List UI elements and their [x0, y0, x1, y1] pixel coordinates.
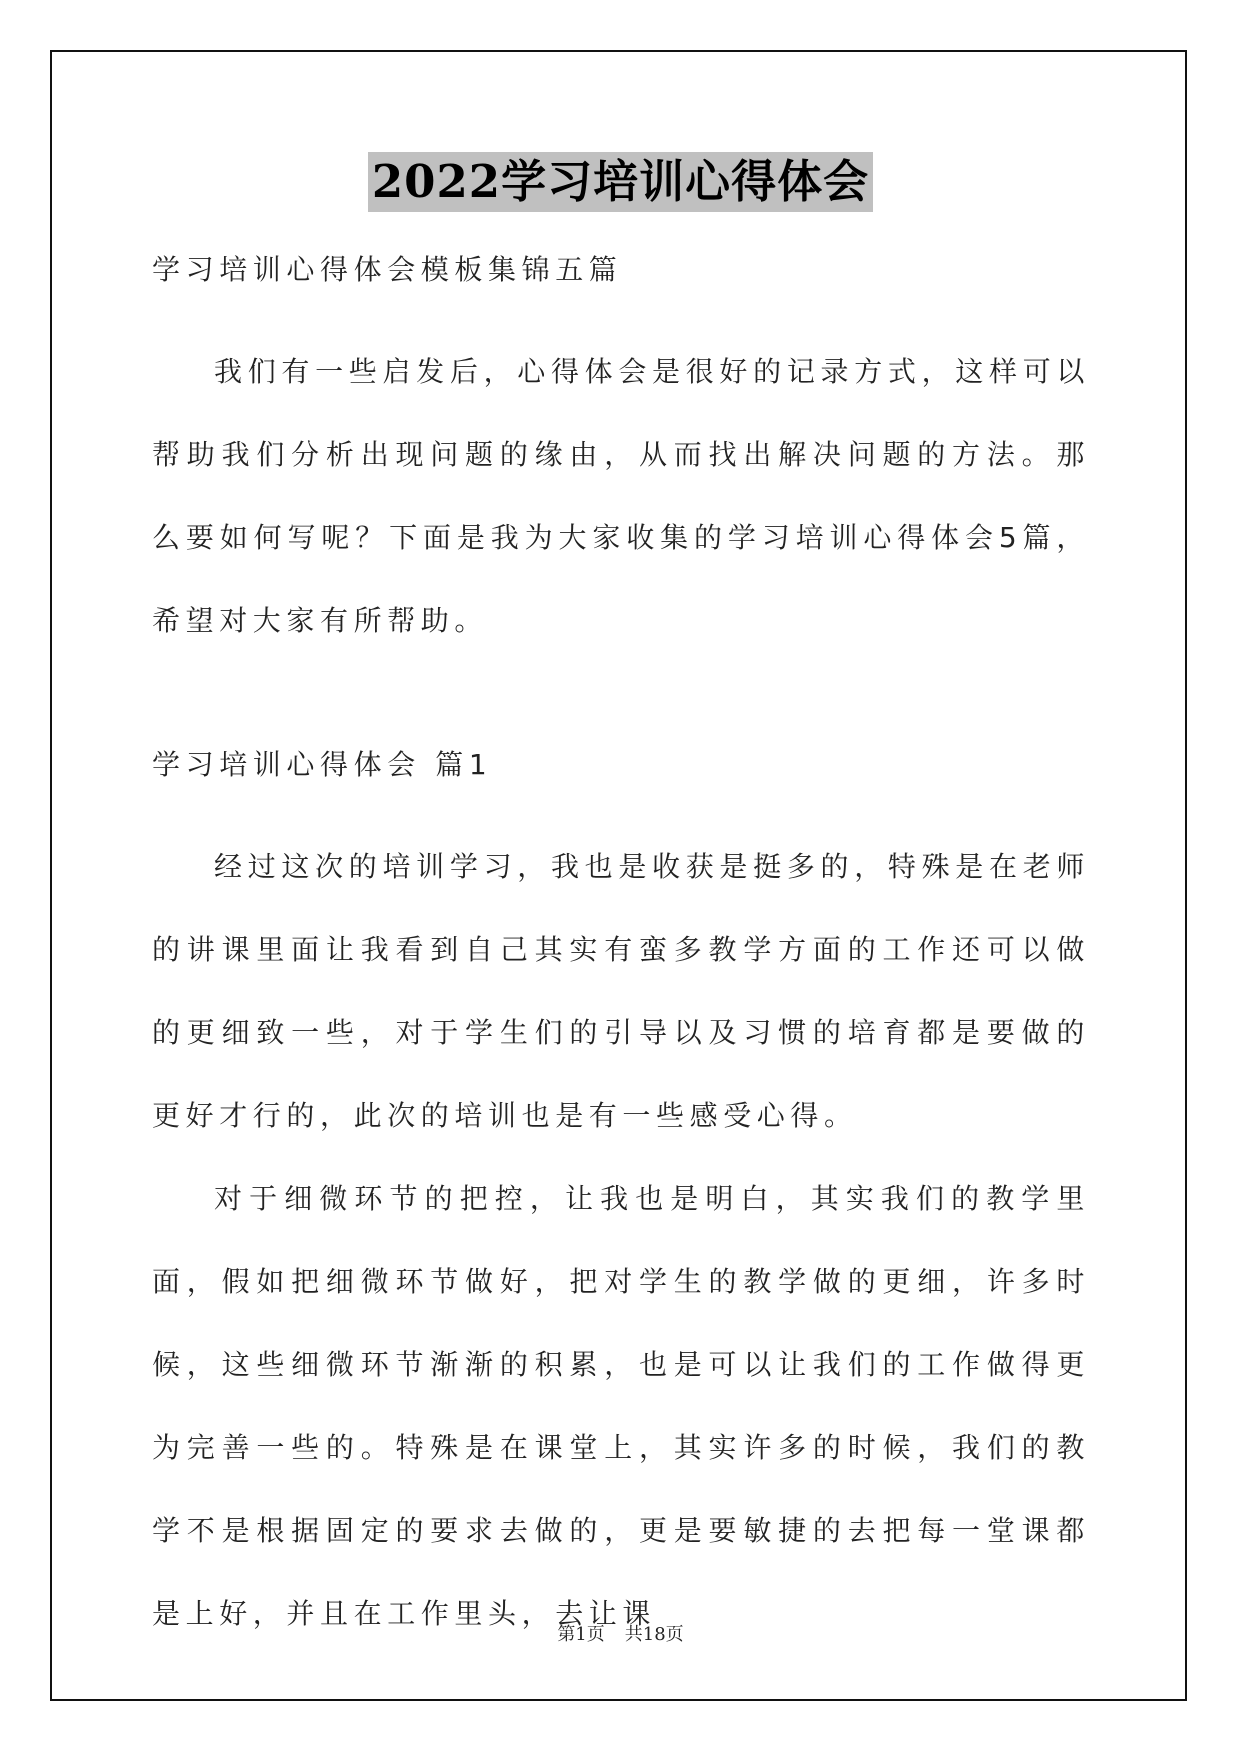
intro-paragraph: 我们有一些启发后，心得体会是很好的记录方式，这样可以帮助我们分析出现问题的缘由，…: [152, 330, 1090, 662]
document-title: 2022学习培训心得体会: [368, 152, 873, 212]
section-heading: 学习培训心得体会 篇1: [152, 745, 1090, 785]
title-container: 2022学习培训心得体会: [0, 152, 1241, 212]
section-paragraph: 对于细微环节的把控，让我也是明白，其实我们的教学里面，假如把细微环节做好，把对学…: [152, 1157, 1090, 1655]
page-footer: 第1页共18页: [0, 1620, 1241, 1646]
section-paragraph: 经过这次的培训学习，我也是收获是挺多的，特殊是在老师的讲课里面让我看到自己其实有…: [152, 825, 1090, 1157]
page-number: 第1页: [557, 1620, 604, 1646]
page-total: 共18页: [625, 1620, 684, 1646]
document-subtitle: 学习培训心得体会模板集锦五篇: [152, 250, 1090, 290]
